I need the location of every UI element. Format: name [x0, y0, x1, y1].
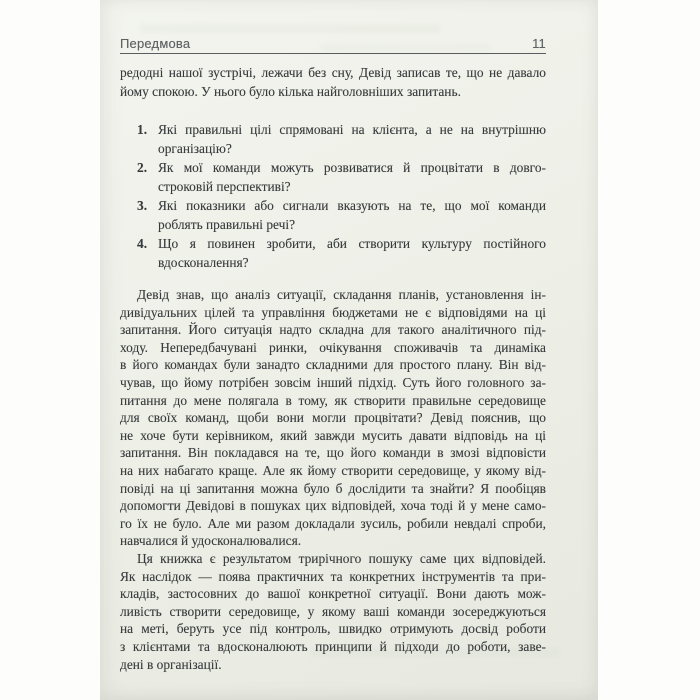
list-item-number: 1. [137, 120, 158, 158]
text-line: навчалися й удосконалювалися. [120, 532, 546, 550]
questions-list: 1.Які правильні цілі спрямовані на клієн… [137, 120, 546, 272]
text-line: організацію? [158, 139, 546, 158]
header-rule [120, 53, 546, 54]
list-item-number: 4. [137, 234, 158, 272]
text-line: строковій перспективі? [158, 177, 546, 196]
list-item-text: Що я повинен зробити, аби створити культ… [158, 234, 546, 272]
text-line: з клієнтами та вдосконалюють принципи й … [120, 638, 546, 656]
list-item: 3.Які показники або сигнали вказують на … [137, 196, 546, 234]
text-line: ливість створити середовище, у якому ваш… [120, 603, 546, 621]
paragraph-1: Девід знав, що аналіз ситуації, складанн… [120, 286, 546, 550]
text-line: Ця книжка є результатом трирічного пошук… [120, 550, 546, 568]
intro-paragraph: редодні нашої зустрічі, лежачи без сну, … [120, 63, 546, 101]
text-line: запитання. Його ситуація надто складна д… [120, 321, 546, 339]
list-item-text: Які правильні цілі спрямовані на клієнта… [158, 120, 546, 158]
text-line: Які показники або сигнали вказують на те… [158, 196, 546, 215]
text-line: дені в організації. [120, 656, 546, 674]
text-line: Що я повинен зробити, аби створити культ… [158, 234, 546, 253]
text-line: чував, що йому потрібен зовсім інший під… [120, 374, 546, 392]
list-item: 4.Що я повинен зробити, аби створити кул… [137, 234, 546, 272]
text-line: кладів, застосовних до вашої конкретної … [120, 585, 546, 603]
text-line: питання до мене полягала в тому, як ство… [120, 392, 546, 410]
text-line: Як наслідок — поява практичних та конкре… [120, 568, 546, 586]
text-line: йому спокою. У нього було кілька найголо… [120, 82, 546, 101]
page-header: Передмова 11 [120, 36, 546, 51]
text-line: дивідуальних цілей та управління бюджета… [120, 304, 546, 322]
list-item: 1.Які правильні цілі спрямовані на клієн… [137, 120, 546, 158]
list-item-text: Як мої команди можуть розвиватися й проц… [158, 158, 546, 196]
list-item: 2.Як мої команди можуть розвиватися й пр… [137, 158, 546, 196]
text-line: повіді на ці запитання можна було б досл… [120, 480, 546, 498]
text-line: не хоче бути керівником, який завжди мус… [120, 427, 546, 445]
list-item-number: 2. [137, 158, 158, 196]
running-title: Передмова [120, 36, 190, 51]
text-line: на меті, беруть усе під контроль, швидко… [120, 620, 546, 638]
text-line: го їх не було. Але ми разом докладали зу… [120, 515, 546, 533]
text-line: Як мої команди можуть розвиватися й проц… [158, 158, 546, 177]
text-line: вдосконалення? [158, 253, 546, 272]
list-item-number: 3. [137, 196, 158, 234]
book-page: Передмова 11 редодні нашої зустрічі, леж… [100, 0, 598, 700]
list-item-text: Які показники або сигнали вказують на те… [158, 196, 546, 234]
text-line: в його командах були занадто складними д… [120, 356, 546, 374]
text-line: роблять правильні речі? [158, 215, 546, 234]
paragraph-2: Ця книжка є результатом трирічного пошук… [120, 550, 546, 673]
text-line: допомогти Девідові в пошуках цих відпові… [120, 497, 546, 515]
text-line: ходу. Непередбачувані ринки, очікування … [120, 339, 546, 357]
page-number: 11 [532, 36, 546, 51]
text-line: на них набагато краще. Але як йому створ… [120, 462, 546, 480]
show-through-ghost [140, 24, 440, 33]
text-line: Девід знав, що аналіз ситуації, складанн… [120, 286, 546, 304]
text-line: для своїх команд, щоби вони могли процві… [120, 409, 546, 427]
text-line: запитання. Він покладався на те, що його… [120, 444, 546, 462]
text-line: Які правильні цілі спрямовані на клієнта… [158, 120, 546, 139]
text-line: редодні нашої зустрічі, лежачи без сну, … [120, 63, 546, 82]
